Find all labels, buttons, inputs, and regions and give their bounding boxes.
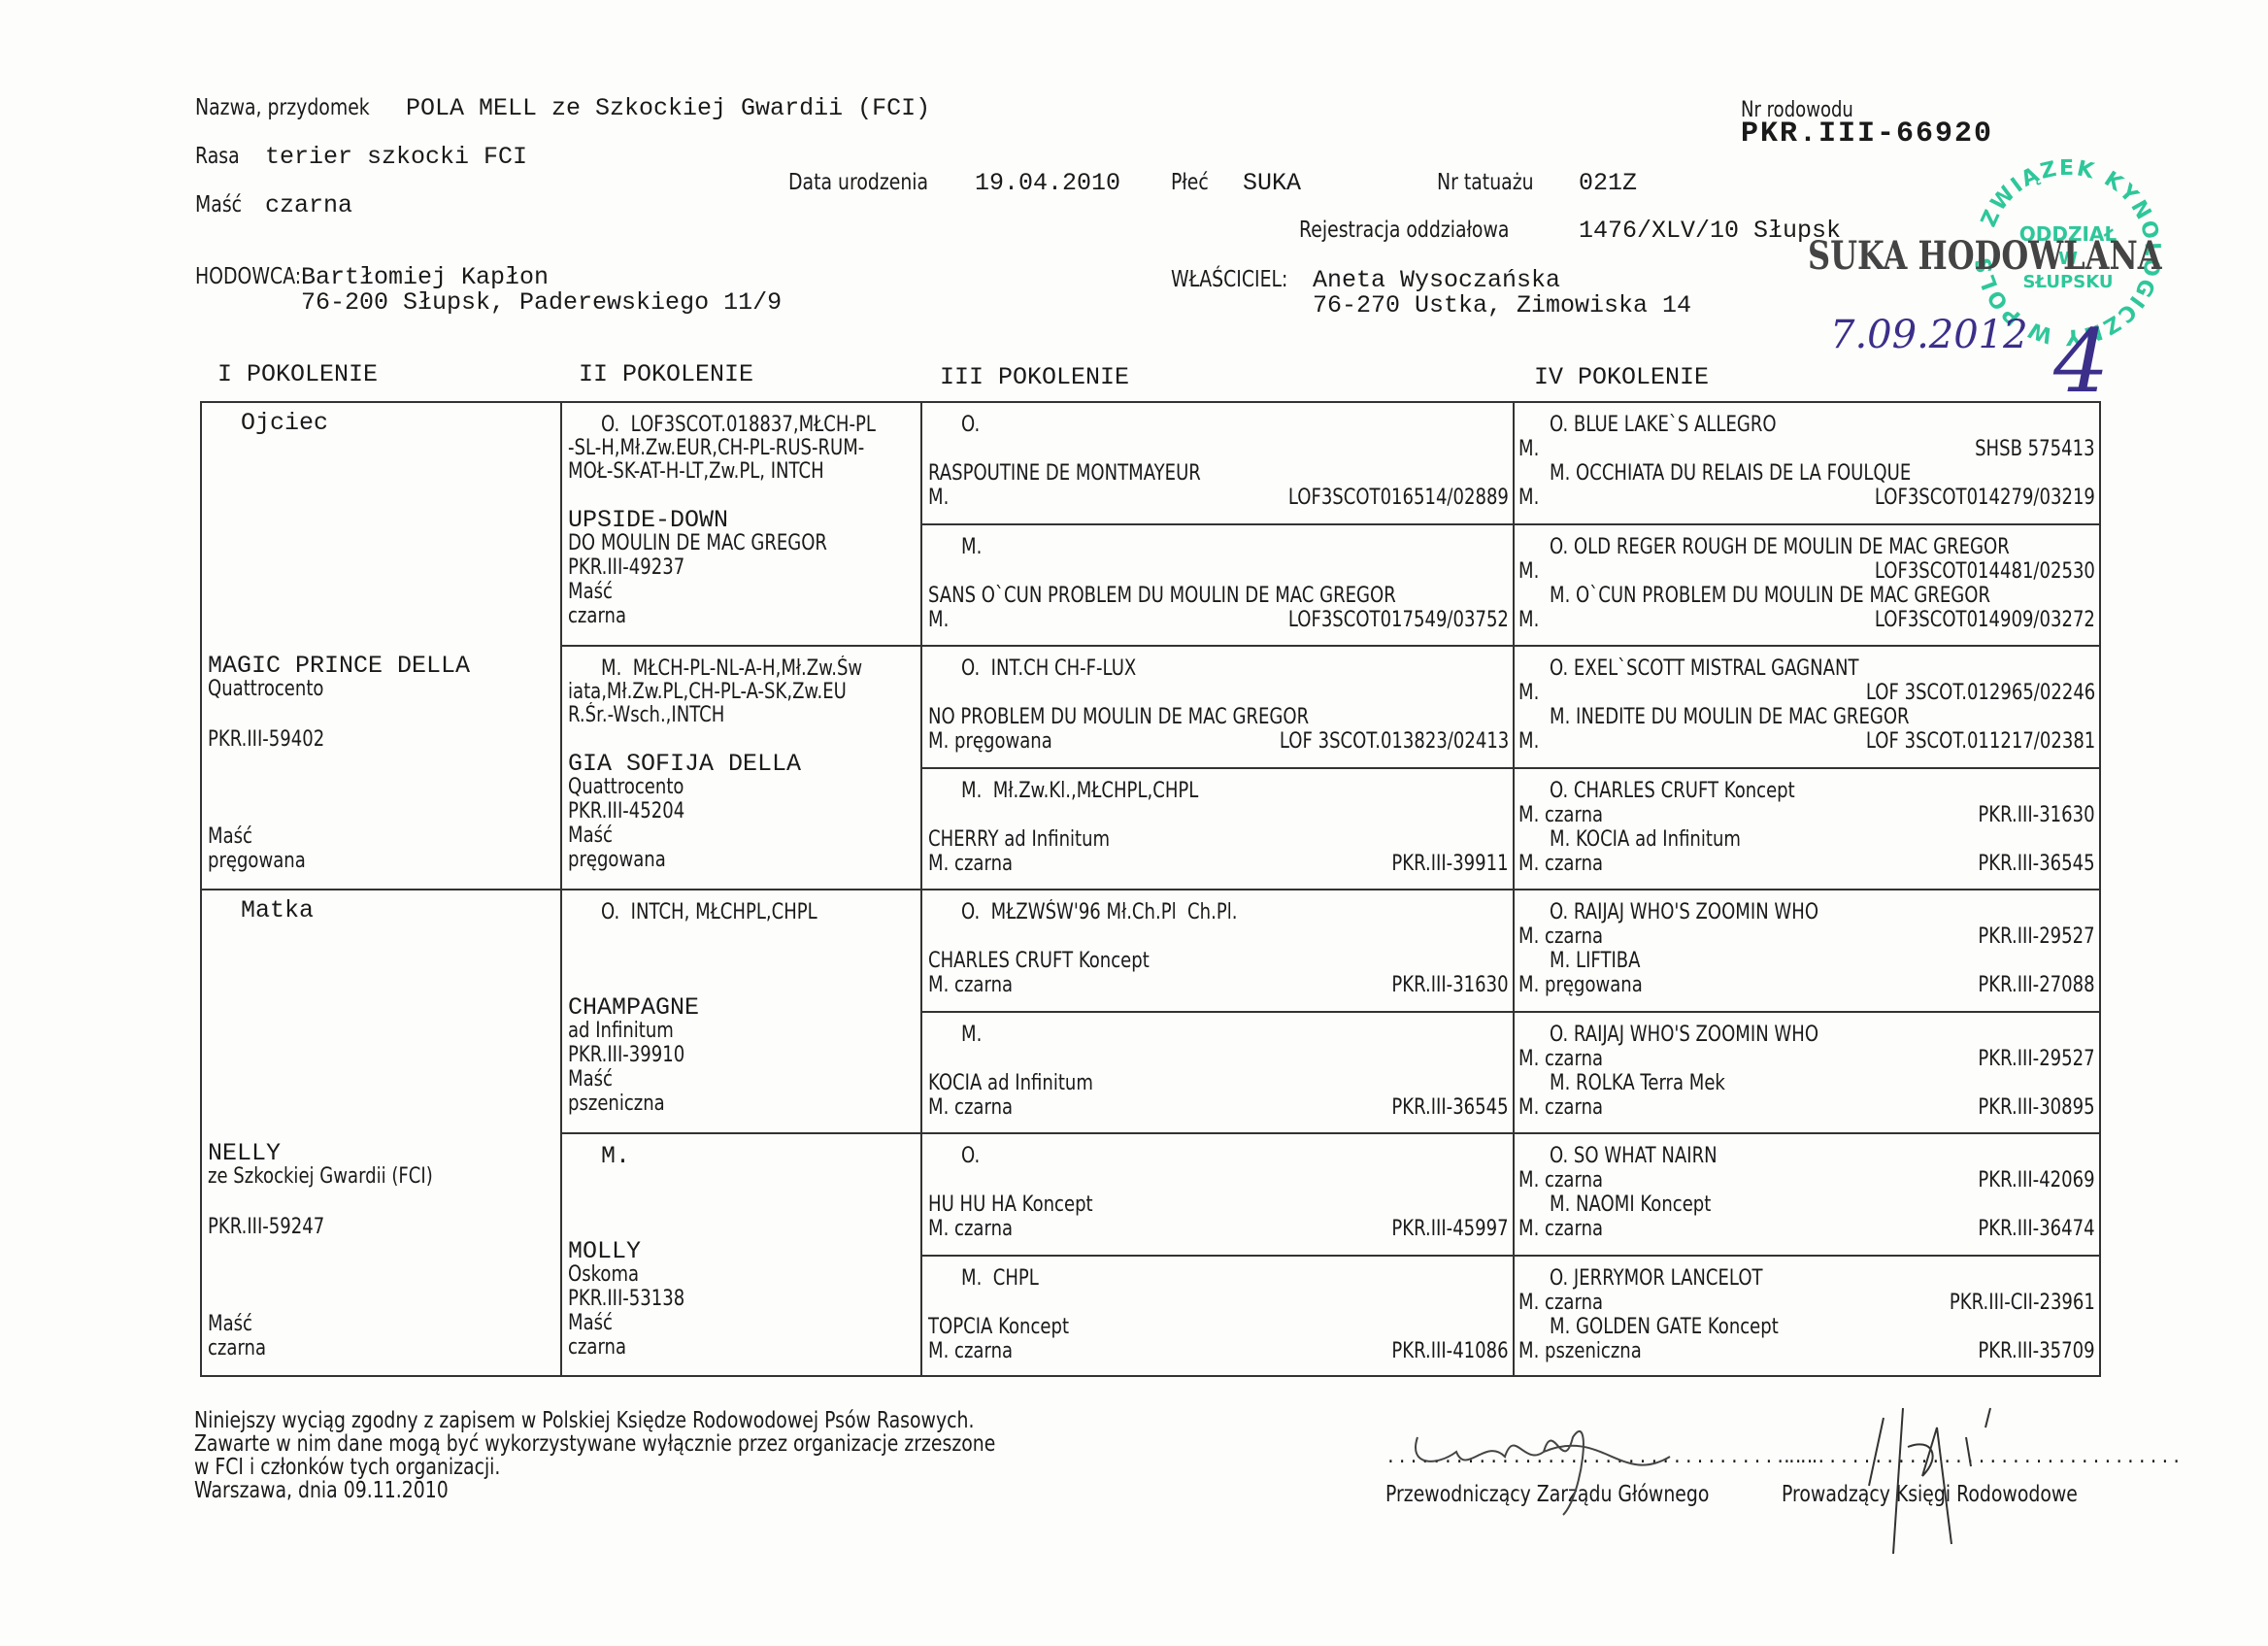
- footer-place-date: Warszawa, dnia 09.11.2010: [194, 1478, 449, 1503]
- gen2-color-label: Maść: [568, 1067, 613, 1092]
- sex-value: SUKA: [1243, 169, 1301, 197]
- gen4-dam-color: M. pręgowana: [1518, 973, 1643, 997]
- gen2-reg: PKR.III-39910: [568, 1043, 684, 1067]
- gen4-sire-reg: LOF3SCOT014481/02530: [1875, 559, 2095, 584]
- gen3-name: CHERRY ad Infinitum: [928, 827, 1110, 852]
- dam-color-label: Maść: [208, 1312, 252, 1336]
- gen2-name-suffix: ad Infinitum: [568, 1019, 674, 1043]
- footer-statement-2: Zawarte w nim dane mogą być wykorzystywa…: [194, 1431, 995, 1457]
- name-label: Nazwa, przydomek: [195, 95, 370, 120]
- dam-color: czarna: [208, 1336, 266, 1360]
- tattoo-label: Nr tatuażu: [1437, 170, 1534, 195]
- gen3-color: M. czarna: [928, 852, 1013, 876]
- gen3-color: M.: [928, 486, 949, 510]
- gen-header-4: IV POKOLENIE: [1534, 363, 1709, 391]
- gen3-titles: M. Mł.Zw.Kl.,MŁCHPL,CHPL: [961, 779, 1198, 803]
- gen2-color: pszeniczna: [568, 1092, 665, 1116]
- gen3-titles: M.: [961, 535, 982, 559]
- gen4-sire-color: M.: [1518, 559, 1539, 584]
- gen2-titles: M. MŁCH-PL-NL-A-H,Mł.Zw.Św: [601, 656, 862, 681]
- gen2-name-suffix: Quattrocento: [568, 775, 684, 799]
- gen3-color: M.: [928, 608, 949, 632]
- gen4-sire-reg: PKR.III-42069: [1979, 1168, 2095, 1193]
- gen3-titles: M.: [961, 1023, 982, 1047]
- dam-name: NELLY: [208, 1139, 281, 1167]
- gen4-sire-color: M.: [1518, 681, 1539, 705]
- footer-statement-1: Niniejszy wyciąg zgodny z zapisem w Pols…: [194, 1408, 974, 1433]
- gen4-sire-color: M. czarna: [1518, 1047, 1603, 1071]
- gen4-sire-reg: PKR.III-31630: [1979, 803, 2095, 827]
- pedigree-table: Ojciec MAGIC PRINCE DELLA Quattrocento P…: [200, 401, 2101, 1377]
- gen3-cell: O. HU HU HA Koncept M. czarna PKR.III-45…: [922, 1134, 1513, 1257]
- gen4-dam: M. KOCIA ad Infinitum: [1550, 827, 1741, 852]
- gen3-cell: O. RASPOUTINE DE MONTMAYEUR M. LOF3SCOT0…: [922, 403, 1513, 525]
- gen2-name: GIA SOFIJA DELLA: [568, 750, 801, 778]
- gen2-name-suffix: DO MOULIN DE MAC GREGOR: [568, 531, 827, 555]
- gen3-name: TOPCIA Koncept: [928, 1315, 1069, 1339]
- gen4-sire: O. JERRYMOR LANCELOT: [1550, 1266, 1763, 1291]
- gen4-dam-reg: LOF 3SCOT.011217/02381: [1866, 729, 2095, 754]
- footer-statement-3: w FCI i członków tych organizacji.: [194, 1455, 500, 1480]
- gen4-sire: O. CHARLES CRUFT Koncept: [1550, 779, 1795, 803]
- gen4-dam: M. ROLKA Terra Mek: [1550, 1071, 1725, 1095]
- gen3-cell: M. CHPL TOPCIA Koncept M. czarna PKR.III…: [922, 1257, 1513, 1377]
- gen4-dam-color: M.: [1518, 729, 1539, 754]
- gen3-titles: O. MŁZWŚW'96 Mł.Ch.Pl Ch.Pl.: [961, 900, 1237, 924]
- owner-name: Aneta Wysoczańska: [1313, 266, 1560, 294]
- column-gen4: O. BLUE LAKE`S ALLEGRO M. SHSB 575413 M.…: [1515, 403, 2099, 1375]
- gen2-titles: -SL-H,Mł.Zw.EUR,CH-PL-RUS-RUM-: [568, 436, 864, 460]
- dam-name-suffix: ze Szkockiej Gwardii (FCI): [208, 1164, 433, 1189]
- gen2-name: CHAMPAGNE: [568, 993, 699, 1022]
- gen3-titles: O.: [961, 1144, 980, 1168]
- gen3-color: M. czarna: [928, 1217, 1013, 1241]
- gen4-dam: M. NAOMI Koncept: [1550, 1193, 1711, 1217]
- gen2-name: UPSIDE-DOWN: [568, 506, 728, 534]
- gen-header-1: I POKOLENIE: [217, 360, 378, 388]
- birth-value: 19.04.2010: [975, 169, 1120, 197]
- gen4-cell: O. RAIJAJ WHO'S ZOOMIN WHO M. czarna PKR…: [1515, 1013, 2099, 1134]
- sire-name: MAGIC PRINCE DELLA: [208, 652, 470, 680]
- gen3-color: M. pręgowana: [928, 729, 1052, 754]
- gen4-cell: O. CHARLES CRUFT Koncept M. czarna PKR.I…: [1515, 769, 2099, 890]
- gen3-reg: PKR.III-45997: [1392, 1217, 1509, 1241]
- gen4-sire: O. OLD REGER ROUGH DE MOULIN DE MAC GREG…: [1550, 535, 2010, 559]
- gen2-color-label: Maść: [568, 1311, 613, 1335]
- gen2-titles: iata,Mł.Zw.PL,CH-PL-A-SK,Zw.EU: [568, 680, 847, 704]
- dam-role: Matka: [241, 896, 314, 924]
- gen2-name-suffix: Oskoma: [568, 1262, 639, 1287]
- gen4-dam-color: M.: [1518, 486, 1539, 510]
- gen3-name: RASPOUTINE DE MONTMAYEUR: [928, 461, 1201, 486]
- gen2-titles: R.Śr.-Wsch.,INTCH: [568, 703, 724, 727]
- gen3-name: HU HU HA Koncept: [928, 1193, 1093, 1217]
- gen4-sire-color: M. czarna: [1518, 924, 1603, 949]
- gen3-titles: O.: [961, 413, 980, 437]
- sire-color: pręgowana: [208, 849, 306, 873]
- gen4-sire-reg: PKR.III-CII-23961: [1950, 1291, 2095, 1315]
- gen4-sire-color: M. czarna: [1518, 1291, 1603, 1315]
- birth-label: Data urodzenia: [788, 170, 928, 195]
- gen-header-2: II POKOLENIE: [579, 360, 753, 388]
- registration-value: 1476/XLV/10 Słupsk: [1579, 217, 1841, 245]
- gen3-name: NO PROBLEM DU MOULIN DE MAC GREGOR: [928, 705, 1309, 729]
- gen4-dam-reg: PKR.III-36545: [1979, 852, 2095, 876]
- gen4-dam-color: M. czarna: [1518, 852, 1603, 876]
- gen2-color-label: Maść: [568, 580, 613, 604]
- gen2-cell: M. MŁCH-PL-NL-A-H,Mł.Zw.Św iata,Mł.Zw.PL…: [562, 647, 920, 890]
- gen4-sire: O. RAIJAJ WHO'S ZOOMIN WHO: [1550, 1023, 1818, 1047]
- gen2-reg: PKR.III-45204: [568, 799, 684, 823]
- tattoo-value: 021Z: [1579, 169, 1637, 197]
- gen2-cell: O. LOF3SCOT.018837,MŁCH-PL -SL-H,Mł.Zw.E…: [562, 403, 920, 647]
- gen4-dam-color: M. czarna: [1518, 1095, 1603, 1120]
- gen3-reg: PKR.III-41086: [1392, 1339, 1509, 1363]
- gen4-dam-reg: LOF3SCOT014909/03272: [1875, 608, 2095, 632]
- sire-name-suffix: Quattrocento: [208, 677, 323, 701]
- gen3-color: M. czarna: [928, 1095, 1013, 1120]
- color-label: Maść: [195, 192, 242, 218]
- dam-reg: PKR.III-59247: [208, 1215, 324, 1239]
- gen3-color: M. czarna: [928, 973, 1013, 997]
- handwritten-date: 7.09.2012: [1830, 313, 2028, 357]
- gen4-dam: M. GOLDEN GATE Koncept: [1550, 1315, 1779, 1339]
- registration-label: Rejestracja oddziałowa: [1299, 218, 1509, 243]
- dam-cell: Matka NELLY ze Szkockiej Gwardii (FCI) P…: [202, 890, 560, 1377]
- gen2-color-label: Maść: [568, 823, 613, 848]
- handwritten-mark: 4: [2053, 311, 2109, 413]
- gen3-reg: LOF3SCOT016514/02889: [1288, 486, 1509, 510]
- gen4-sire-reg: SHSB 575413: [1976, 437, 2095, 461]
- gen2-titles: MOŁ-SK-AT-H-LT,Zw.PL, INTCH: [568, 459, 824, 484]
- gen3-reg: PKR.III-31630: [1392, 973, 1509, 997]
- gen3-reg: LOF 3SCOT.013823/02413: [1280, 729, 1509, 754]
- gen4-dam-reg: LOF3SCOT014279/03219: [1875, 486, 2095, 510]
- owner-address: 76-270 Ustka, Zimowiska 14: [1313, 291, 1691, 319]
- sire-color-label: Maść: [208, 824, 252, 849]
- gen4-sire-color: M. czarna: [1518, 803, 1603, 827]
- dog-name: POLA MELL ze Szkockiej Gwardii (FCI): [406, 94, 930, 122]
- gen4-sire-color: M. czarna: [1518, 1168, 1603, 1193]
- sex-label: Płeć: [1171, 170, 1209, 195]
- gen3-name: SANS O`CUN PROBLEM DU MOULIN DE MAC GREG…: [928, 584, 1396, 608]
- gen3-cell: M. SANS O`CUN PROBLEM DU MOULIN DE MAC G…: [922, 525, 1513, 647]
- sire-reg: PKR.III-59402: [208, 727, 324, 752]
- gen2-color: czarna: [568, 604, 626, 628]
- gen2-reg: PKR.III-49237: [568, 555, 684, 580]
- pedigree-number: PKR.III-66920: [1741, 118, 1993, 151]
- gen2-titles: M.: [601, 1142, 630, 1170]
- breeder-address: 76-200 Słupsk, Paderewskiego 11/9: [301, 288, 782, 317]
- gen3-cell: M. Mł.Zw.Kl.,MŁCHPL,CHPL CHERRY ad Infin…: [922, 769, 1513, 890]
- column-gen3: O. RASPOUTINE DE MONTMAYEUR M. LOF3SCOT0…: [922, 403, 1515, 1375]
- gen4-dam-reg: PKR.III-35709: [1979, 1339, 2095, 1363]
- gen4-dam-reg: PKR.III-36474: [1979, 1217, 2095, 1241]
- gen2-color: czarna: [568, 1335, 626, 1360]
- gen3-cell: M. KOCIA ad Infinitum M. czarna PKR.III-…: [922, 1013, 1513, 1134]
- gen4-cell: O. BLUE LAKE`S ALLEGRO M. SHSB 575413 M.…: [1515, 403, 2099, 525]
- gen3-color: M. czarna: [928, 1339, 1013, 1363]
- breeder-label: HODOWCA:: [195, 264, 301, 289]
- owner-label: WŁAŚCICIEL:: [1171, 267, 1287, 292]
- gen3-reg: LOF3SCOT017549/03752: [1288, 608, 1509, 632]
- gen4-cell: O. OLD REGER ROUGH DE MOULIN DE MAC GREG…: [1515, 525, 2099, 647]
- gen4-dam: M. LIFTIBA: [1550, 949, 1641, 973]
- gen4-dam-reg: PKR.III-27088: [1979, 973, 2095, 997]
- gen3-name: KOCIA ad Infinitum: [928, 1071, 1093, 1095]
- gen4-sire-reg: PKR.III-29527: [1979, 924, 2095, 949]
- gen4-dam: M. OCCHIATA DU RELAIS DE LA FOULQUE: [1550, 461, 1911, 486]
- gen3-reg: PKR.III-39911: [1392, 852, 1509, 876]
- gen2-titles: O. INTCH, MŁCHPL,CHPL: [601, 900, 817, 924]
- gen3-titles: M. CHPL: [961, 1266, 1039, 1291]
- gen4-cell: O. EXEL`SCOTT MISTRAL GAGNANT M. LOF 3SC…: [1515, 647, 2099, 769]
- gen2-reg: PKR.III-53138: [568, 1287, 684, 1311]
- gen4-cell: O. SO WHAT NAIRN M. czarna PKR.III-42069…: [1515, 1134, 2099, 1257]
- gen3-reg: PKR.III-36545: [1392, 1095, 1509, 1120]
- gen4-dam-color: M. czarna: [1518, 1217, 1603, 1241]
- breeder-name: Bartłomiej Kapłon: [301, 263, 549, 291]
- breed-value: terier szkocki FCI: [265, 143, 527, 171]
- gen3-titles: O. INT.CH CH-F-LUX: [961, 656, 1136, 681]
- column-gen2: O. LOF3SCOT.018837,MŁCH-PL -SL-H,Mł.Zw.E…: [562, 403, 922, 1375]
- gen4-sire-color: M.: [1518, 437, 1539, 461]
- gen3-cell: O. MŁZWŚW'96 Mł.Ch.Pl Ch.Pl. CHARLES CRU…: [922, 890, 1513, 1013]
- gen4-sire: O. SO WHAT NAIRN: [1550, 1144, 1718, 1168]
- gen2-color: pręgowana: [568, 848, 666, 872]
- breed-label: Rasa: [195, 144, 240, 169]
- gen2-titles: O. LOF3SCOT.018837,MŁCH-PL: [601, 413, 876, 437]
- signature-chairman-icon: [1398, 1398, 1709, 1534]
- gen4-dam-color: M. pszeniczna: [1518, 1339, 1642, 1363]
- gen3-cell: O. INT.CH CH-F-LUX NO PROBLEM DU MOULIN …: [922, 647, 1513, 769]
- column-gen1: Ojciec MAGIC PRINCE DELLA Quattrocento P…: [202, 403, 562, 1375]
- gen2-name: MOLLY: [568, 1237, 641, 1265]
- gen4-sire-reg: PKR.III-29527: [1979, 1047, 2095, 1071]
- gen4-sire-reg: LOF 3SCOT.012965/02246: [1866, 681, 2095, 705]
- gen2-cell: M. MOLLY Oskoma PKR.III-53138 Maść czarn…: [562, 1134, 920, 1377]
- breeding-stamp: SUKA HODOWLANA: [1808, 233, 2162, 279]
- gen4-cell: O. JERRYMOR LANCELOT M. czarna PKR.III-C…: [1515, 1257, 2099, 1377]
- gen4-dam-color: M.: [1518, 608, 1539, 632]
- sire-role: Ojciec: [241, 409, 328, 437]
- gen3-name: CHARLES CRUFT Koncept: [928, 949, 1150, 973]
- gen4-sire: O. EXEL`SCOTT MISTRAL GAGNANT: [1550, 656, 1858, 681]
- gen4-dam: M. O`CUN PROBLEM DU MOULIN DE MAC GREGOR: [1550, 584, 1990, 608]
- gen4-dam: M. INEDITE DU MOULIN DE MAC GREGOR: [1550, 705, 1910, 729]
- signature-registrar-icon: [1825, 1389, 2078, 1563]
- color-value: czarna: [265, 191, 352, 219]
- sire-cell: Ojciec MAGIC PRINCE DELLA Quattrocento P…: [202, 403, 560, 890]
- gen2-cell: O. INTCH, MŁCHPL,CHPL CHAMPAGNE ad Infin…: [562, 890, 920, 1134]
- gen-header-3: III POKOLENIE: [940, 363, 1129, 391]
- gen4-cell: O. RAIJAJ WHO'S ZOOMIN WHO M. czarna PKR…: [1515, 890, 2099, 1013]
- gen4-sire: O. RAIJAJ WHO'S ZOOMIN WHO: [1550, 900, 1818, 924]
- gen4-dam-reg: PKR.III-30895: [1979, 1095, 2095, 1120]
- gen4-sire: O. BLUE LAKE`S ALLEGRO: [1550, 413, 1777, 437]
